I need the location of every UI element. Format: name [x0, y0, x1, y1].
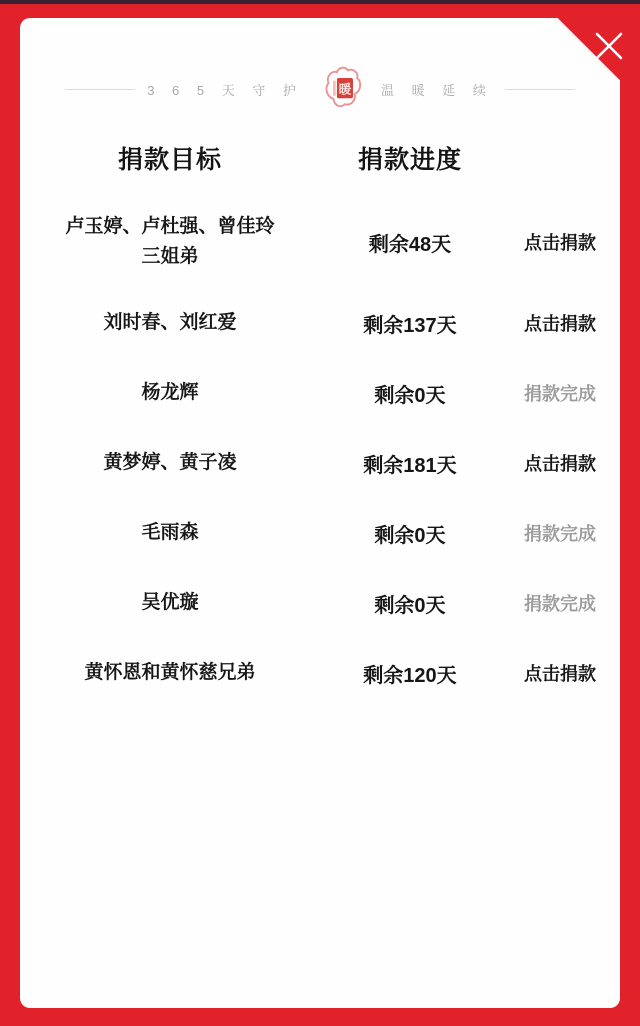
table-row: 杨龙辉 剩余0天 捐款完成 — [20, 358, 620, 428]
divider-left — [65, 89, 135, 90]
divider-right — [505, 89, 575, 90]
donate-action[interactable]: 点击捐款 — [500, 660, 620, 686]
table-row: 卢玉婷、卢杜强、曾佳玲 三姐弟 剩余48天 点击捐款 — [20, 196, 620, 288]
donation-target-name: 杨龙辉 — [20, 378, 320, 408]
table-row: 毛雨森 剩余0天 捐款完成 — [20, 498, 620, 568]
flame-warm-logo-icon: 暖 — [315, 60, 369, 118]
top-status-strip — [0, 0, 640, 4]
donation-complete-status: 捐款完成 — [500, 380, 620, 406]
donation-rows: 卢玉婷、卢杜强、曾佳玲 三姐弟 剩余48天 点击捐款 刘时春、刘红爱 剩余137… — [20, 196, 620, 708]
table-row: 黄怀恩和黄怀慈兄弟 剩余120天 点击捐款 — [20, 638, 620, 708]
donate-action[interactable]: 点击捐款 — [500, 310, 620, 336]
days-remaining: 剩余181天 — [320, 449, 500, 478]
days-remaining: 剩余120天 — [320, 659, 500, 688]
table-header: 捐款目标 捐款进度 — [20, 140, 620, 176]
donation-target-name: 黄怀恩和黄怀慈兄弟 — [20, 658, 320, 688]
slogan-left-text: 3 6 5 天 守 护 — [147, 80, 303, 99]
table-row: 吴优璇 剩余0天 捐款完成 — [20, 568, 620, 638]
slogan-right-text: 温 暖 延 续 — [381, 80, 493, 99]
table-row: 黄梦婷、黄子凌 剩余181天 点击捐款 — [20, 428, 620, 498]
table-row: 刘时春、刘红爱 剩余137天 点击捐款 — [20, 288, 620, 358]
close-button[interactable] — [591, 28, 627, 64]
days-remaining: 剩余48天 — [320, 228, 500, 257]
column-header-progress: 捐款进度 — [320, 140, 500, 176]
days-remaining: 剩余0天 — [320, 519, 500, 548]
donation-target-name: 毛雨森 — [20, 518, 320, 548]
donation-target-name: 吴优璇 — [20, 588, 320, 618]
donate-action[interactable]: 点击捐款 — [500, 450, 620, 476]
donation-complete-status: 捐款完成 — [500, 590, 620, 616]
donation-popup-panel: 3 6 5 天 守 护 暖 温 暖 延 续 捐款目标 捐款进度 卢玉婷、卢杜强、… — [20, 18, 620, 1008]
days-remaining: 剩余0天 — [320, 589, 500, 618]
header-banner: 3 6 5 天 守 护 暖 温 暖 延 续 — [20, 60, 620, 118]
donation-target-name: 刘时春、刘红爱 — [20, 308, 320, 338]
donate-action[interactable]: 点击捐款 — [500, 229, 620, 255]
days-remaining: 剩余137天 — [320, 309, 500, 338]
donation-target-name: 卢玉婷、卢杜强、曾佳玲 三姐弟 — [20, 212, 320, 273]
close-icon — [591, 28, 627, 64]
days-remaining: 剩余0天 — [320, 379, 500, 408]
donation-target-name: 黄梦婷、黄子凌 — [20, 448, 320, 478]
logo-seal-character: 暖 — [339, 82, 352, 97]
column-header-target: 捐款目标 — [20, 140, 320, 176]
donation-complete-status: 捐款完成 — [500, 520, 620, 546]
